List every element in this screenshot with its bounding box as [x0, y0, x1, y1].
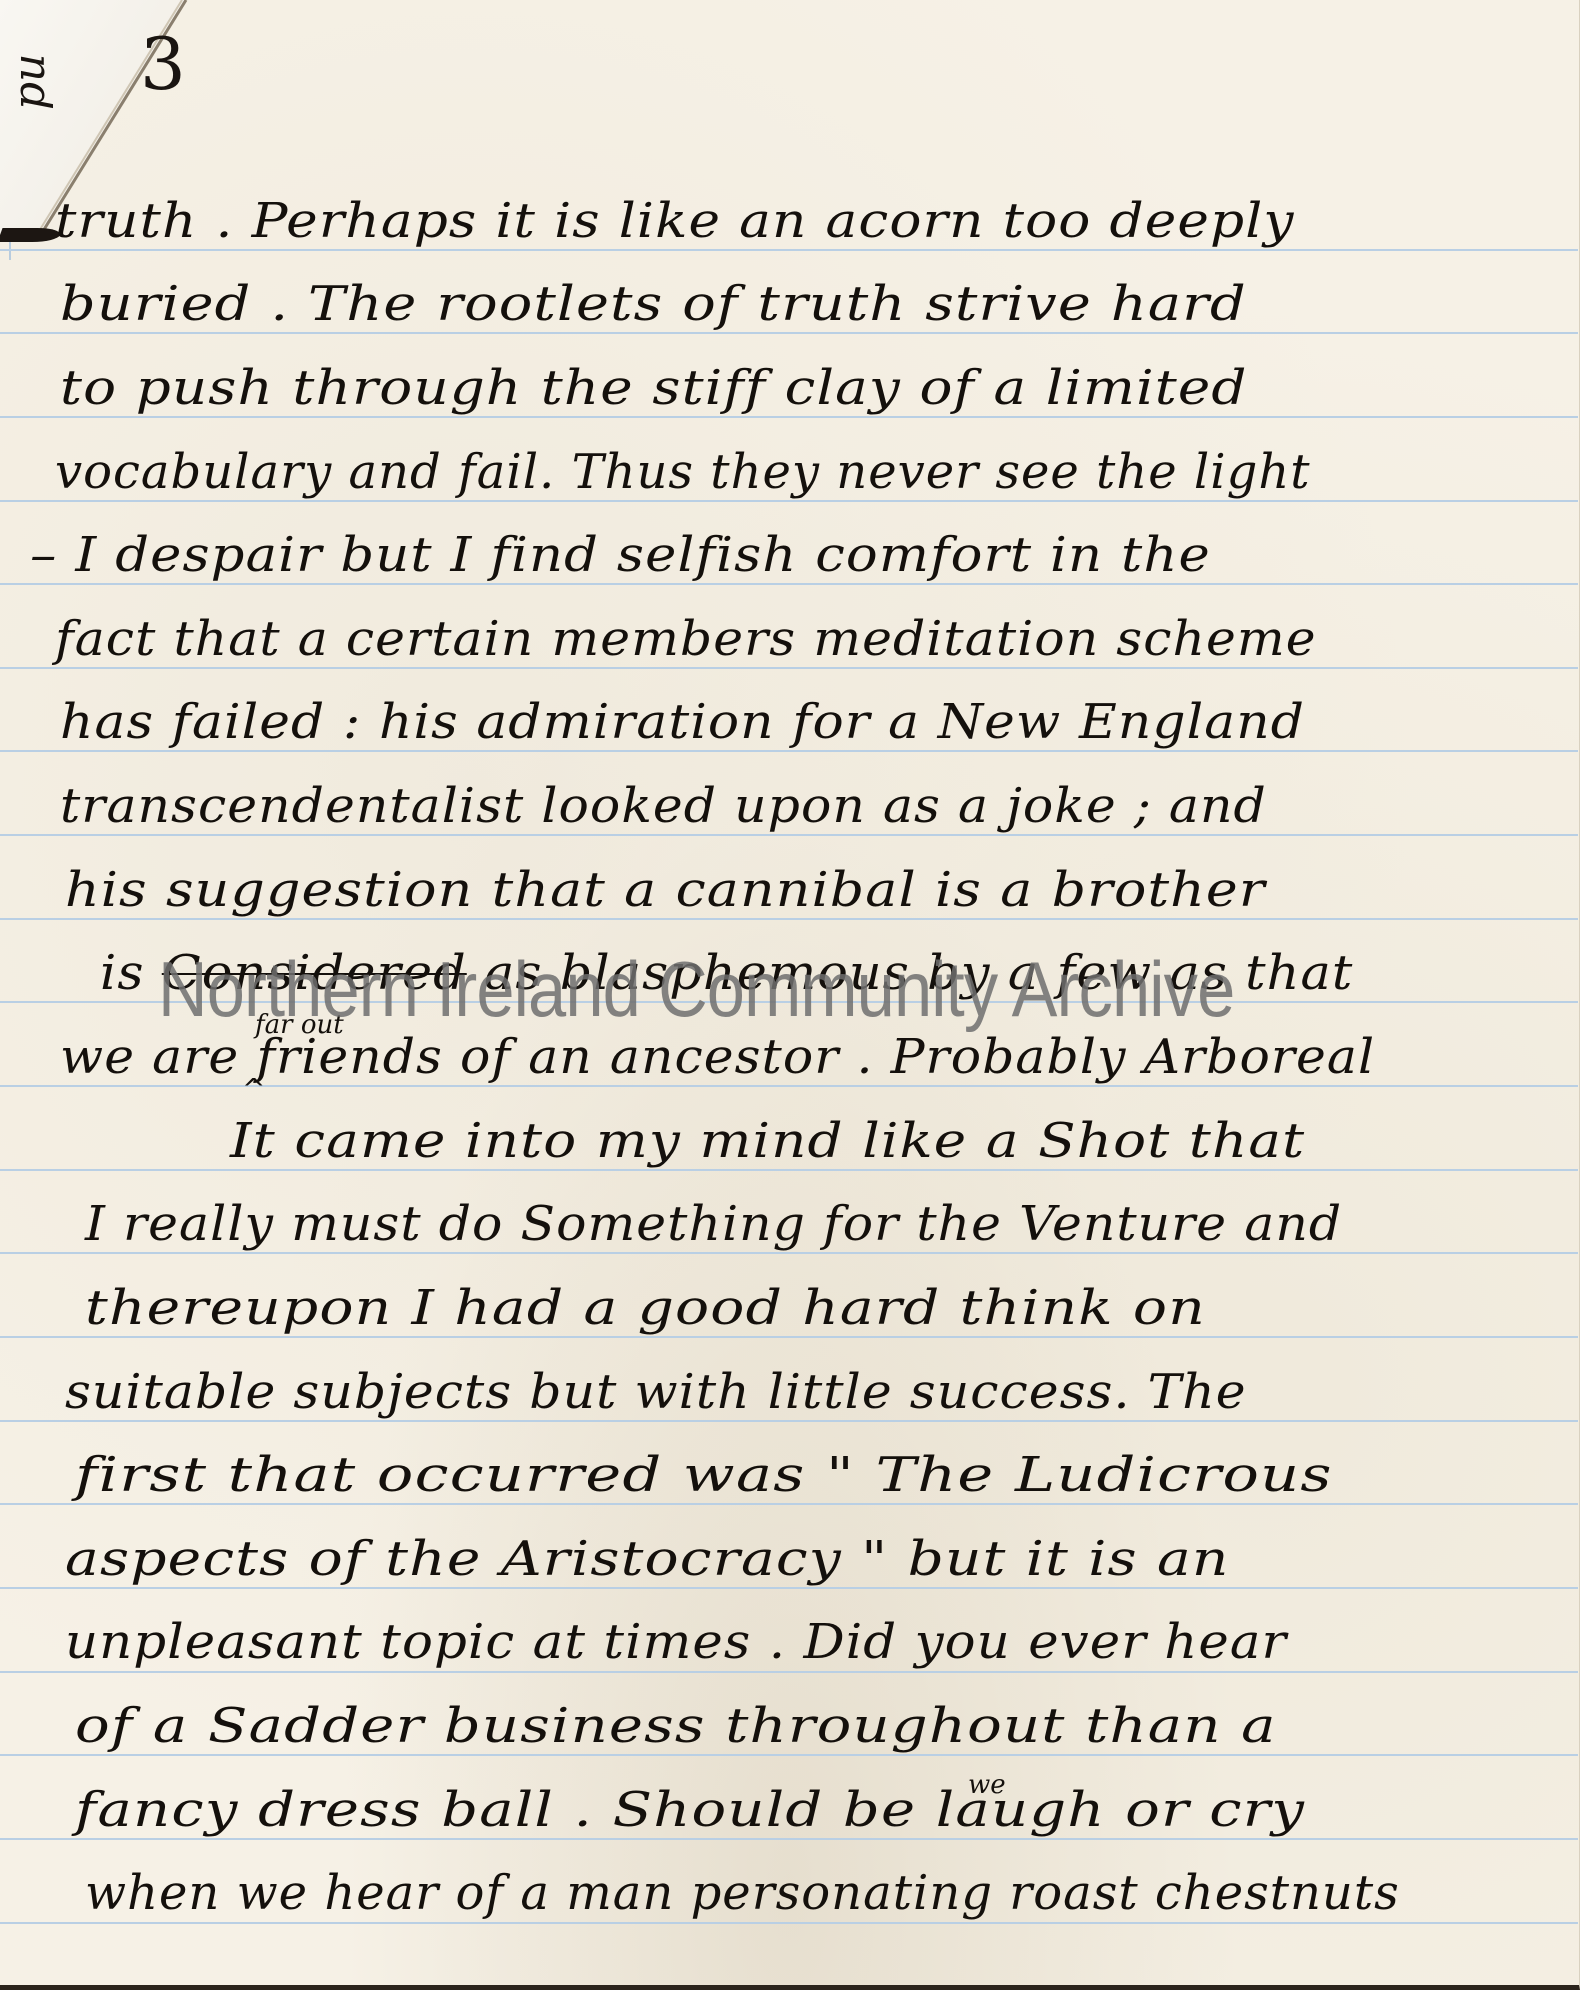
line10-pre: is	[100, 945, 162, 1001]
text-line-8: transcendentalist looked upon as a joke …	[0, 750, 1580, 834]
margin-note: pu	[8, 53, 52, 110]
text-line-4: vocabulary and fail. Thus they never see…	[0, 416, 1580, 500]
text-line-2: buried . The rootlets of truth strive ha…	[0, 248, 1580, 332]
text-line-12: It came into my mind like a Shot that	[0, 1085, 1580, 1169]
text-line-15: suitable subjects but with little succes…	[0, 1336, 1580, 1420]
watermark: Northern Ireland Community Archive	[158, 950, 1234, 1028]
text-line-14: thereupon I had a good hard think on	[0, 1252, 1580, 1336]
text-line-5: – I despair but I find selfish comfort i…	[0, 499, 1580, 583]
text-line-9: his suggestion that a cannibal is a brot…	[0, 834, 1580, 918]
text-line-20: fancy dress ball . Should be laugh or cr…	[0, 1754, 1580, 1838]
text-line-1: truth . Perhaps it is like an acorn too …	[0, 165, 1580, 249]
text-line-3: to push through the stiff clay of a limi…	[0, 332, 1580, 416]
text-line-18: unpleasant topic at times . Did you ever…	[0, 1586, 1580, 1670]
text-line-17: aspects of the Aristocracy " but it is a…	[0, 1503, 1580, 1587]
text-line-19: of a Sadder business throughout than a	[0, 1670, 1580, 1754]
text-line-21: when we hear of a man personating roast …	[0, 1837, 1580, 1921]
letter-page: pu 3 truth . Perhaps it is like an acorn…	[0, 0, 1580, 1990]
text-line-7: has failed : his admiration for a New En…	[0, 666, 1580, 750]
text-line-13: I really must do Something for the Ventu…	[0, 1168, 1580, 1252]
page-number: 3	[140, 28, 186, 100]
text-line-6: fact that a certain members meditation s…	[0, 583, 1580, 667]
ruled-line	[0, 1922, 1578, 1924]
text-line-16: first that occurred was " The Ludicrous	[0, 1419, 1580, 1503]
